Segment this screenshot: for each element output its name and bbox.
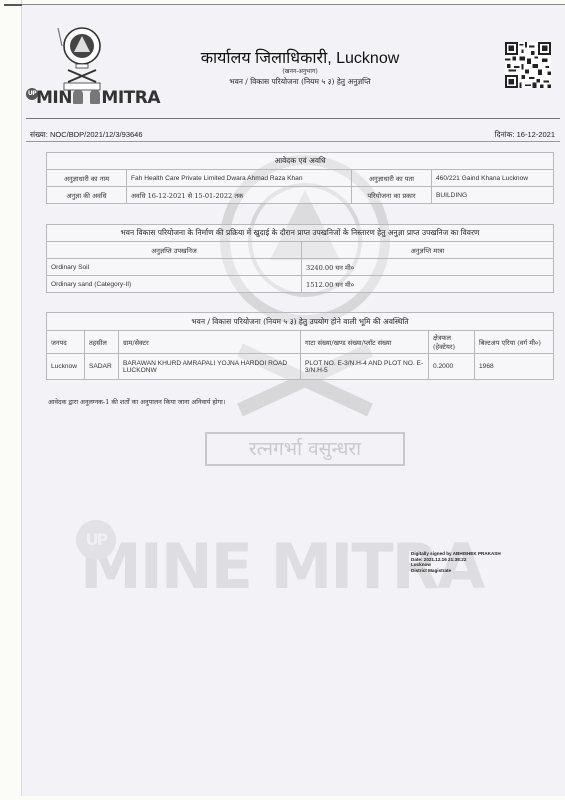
reference-date: दिनांक: 16-12-2021 xyxy=(495,130,555,140)
table-row: Lucknow SADAR BARAWAN KHURD AMRAPALI YOJ… xyxy=(47,354,554,380)
permit-title: भवन / विकास परियोजना (नियम ५ ३) हेतु अनु… xyxy=(180,77,420,87)
reference-number: संख्या: NOC/BDP/2021/12/3/93646 xyxy=(30,130,143,140)
column-header: क्षेत्रफल (हेक्टेयर) xyxy=(429,331,475,354)
land-location-table: भवन / विकास परियोजना (नियम ५ ३) हेतु उपय… xyxy=(46,312,554,380)
mine-mitra-logo: UPMIN MITRA xyxy=(26,88,160,108)
project-type: BUILDING xyxy=(432,187,554,204)
watermark-motto: रत्नगर्भा वसुन्धरा xyxy=(205,432,405,466)
column-header: तहसील xyxy=(85,331,119,354)
column-header: ग्राम/सेक्टर xyxy=(119,331,301,354)
licensee-name: Fah Health Care Private Limited Dwara Ah… xyxy=(127,170,352,187)
mineral-table: भवन विकास परियोजना के निर्माण की प्रक्रि… xyxy=(46,224,554,293)
applicant-table: आवेदक एवं अवधि अनुज्ञाधारी का नाम Fah He… xyxy=(46,152,554,204)
column-header: जनपद xyxy=(47,331,85,354)
up-government-emblem-icon xyxy=(52,22,110,92)
office-title: कार्यालय जिलाधिकारी, Lucknow xyxy=(190,46,410,68)
department-label: (खनन-अनुभाग) xyxy=(190,67,410,75)
reference-divider xyxy=(26,141,560,142)
mineral-table-title: भवन विकास परियोजना के निर्माण की प्रक्रि… xyxy=(47,225,554,242)
scan-margin xyxy=(0,0,22,800)
compliance-note: आवेदक द्वारा अनुलग्नक-1 की शर्तों का अनु… xyxy=(48,397,225,406)
column-header: गाटा संख्या/खण्ड संख्या/प्लॉट संख्या xyxy=(301,331,429,354)
qr-code-icon xyxy=(505,42,551,88)
permit-period: अवधि 16-12-2021 से 15-01-2022 तक xyxy=(127,187,352,204)
land-table-title: भवन / विकास परियोजना (नियम ५ ३) हेतु उपय… xyxy=(47,313,554,331)
header-divider xyxy=(26,118,560,119)
scan-margin-bottom xyxy=(0,796,565,800)
digital-signature: Digitally signed by ABHISHEK PRAKASH Dat… xyxy=(411,551,501,573)
table-row: Ordinary Soil 3240.00 घन मी० xyxy=(47,259,554,276)
column-header: अनुज्ञप्ति मात्रा xyxy=(302,242,554,259)
licensee-address: 460/221 Gaind Khana Lucknow xyxy=(432,170,554,187)
applicant-table-title: आवेदक एवं अवधि xyxy=(47,153,554,170)
table-row: Ordinary sand (Category-II) 1512.00 घन म… xyxy=(47,276,554,293)
column-header: बिल्टअप एरिया (वर्ग मी०) xyxy=(475,331,554,354)
column-header: अनुज्ञप्ति उपखनिज xyxy=(47,242,302,259)
table-row: अनुज्ञा की अवधि अवधि 16-12-2021 से 15-01… xyxy=(47,187,554,204)
table-row: अनुज्ञाधारी का नाम Fah Health Care Priva… xyxy=(47,170,554,187)
